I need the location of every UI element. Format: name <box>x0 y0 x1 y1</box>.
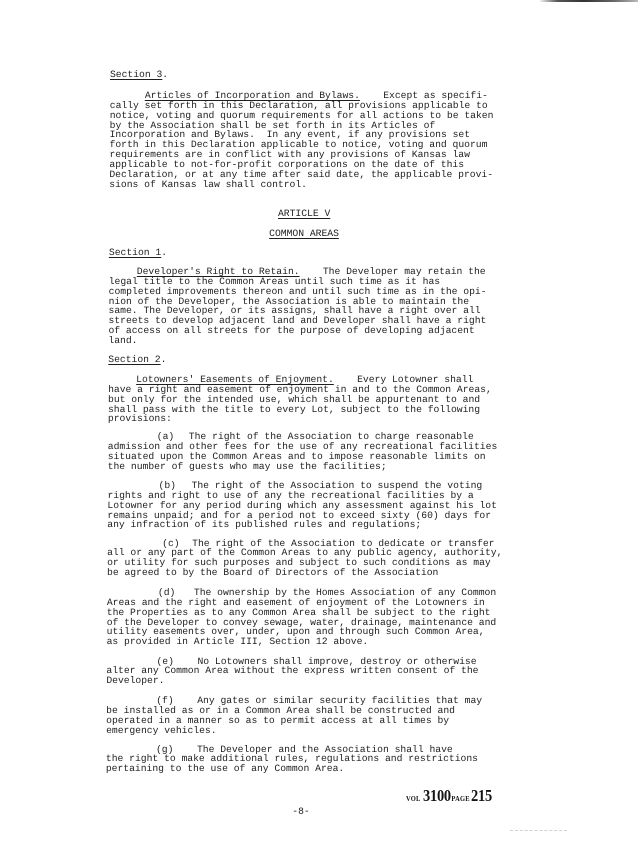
provision-text: The ownership by the Homes Association o… <box>107 587 497 647</box>
stamp-page-label: PAGE <box>451 795 469 803</box>
stamp-volume-number: 3100 <box>423 786 451 806</box>
document-page: Section 3. Articles of Incorporation and… <box>0 0 638 863</box>
stamp-vol-label: VOL <box>406 795 421 803</box>
provision-item: (e)No Lotowners shall improve, destroy o… <box>106 657 506 687</box>
provision-item: (f)Any gates or similar security facilit… <box>106 696 506 735</box>
provision-item: (g)The Developer and the Association sha… <box>106 745 506 775</box>
section-2-number: Section 2 <box>108 354 160 365</box>
stamp-page-number: 215 <box>471 786 492 806</box>
provision-item: (a)The right of the Association to charg… <box>108 432 508 471</box>
developers-right-paragraph: Developer's Right to Retain. The Develop… <box>108 267 508 346</box>
page-number: -8- <box>270 807 332 817</box>
lotowners-easements-paragraph: Lotowners' Easements of Enjoyment. Every… <box>108 375 508 424</box>
section-3-period: . <box>162 69 168 80</box>
provision-item: (d)The ownership by the Homes Associatio… <box>107 588 507 647</box>
article-subtitle-text: COMMON AREAS <box>269 228 339 239</box>
section-1-period: . <box>161 247 167 258</box>
recording-stamp: VOL 3100 PAGE 215 <box>406 786 495 806</box>
paragraph-body: Except as specifi- cally set forth in th… <box>109 90 493 190</box>
section-1-number: Section 1 <box>109 247 161 258</box>
provision-item: (c)The right of the Association to dedic… <box>107 539 507 578</box>
article-subtitle: COMMON AREAS <box>108 229 500 239</box>
articles-of-incorporation-paragraph: Articles of Incorporation and Bylaws. Ex… <box>109 91 510 189</box>
provision-item: (b)The right of the Association to suspe… <box>107 481 507 530</box>
section-2-period: . <box>161 354 167 365</box>
section-3-label: Section 3. <box>110 70 510 80</box>
paragraph-body: The Developer may retain the legal title… <box>108 266 486 346</box>
article-title-text: ARTICLE V <box>278 208 330 219</box>
section-1-label: Section 1. <box>109 248 509 258</box>
article-title: ARTICLE V <box>108 209 500 219</box>
section-2-label: Section 2. <box>108 355 508 365</box>
section-3-number: Section 3 <box>110 69 162 80</box>
scan-artifact-line <box>510 830 567 831</box>
